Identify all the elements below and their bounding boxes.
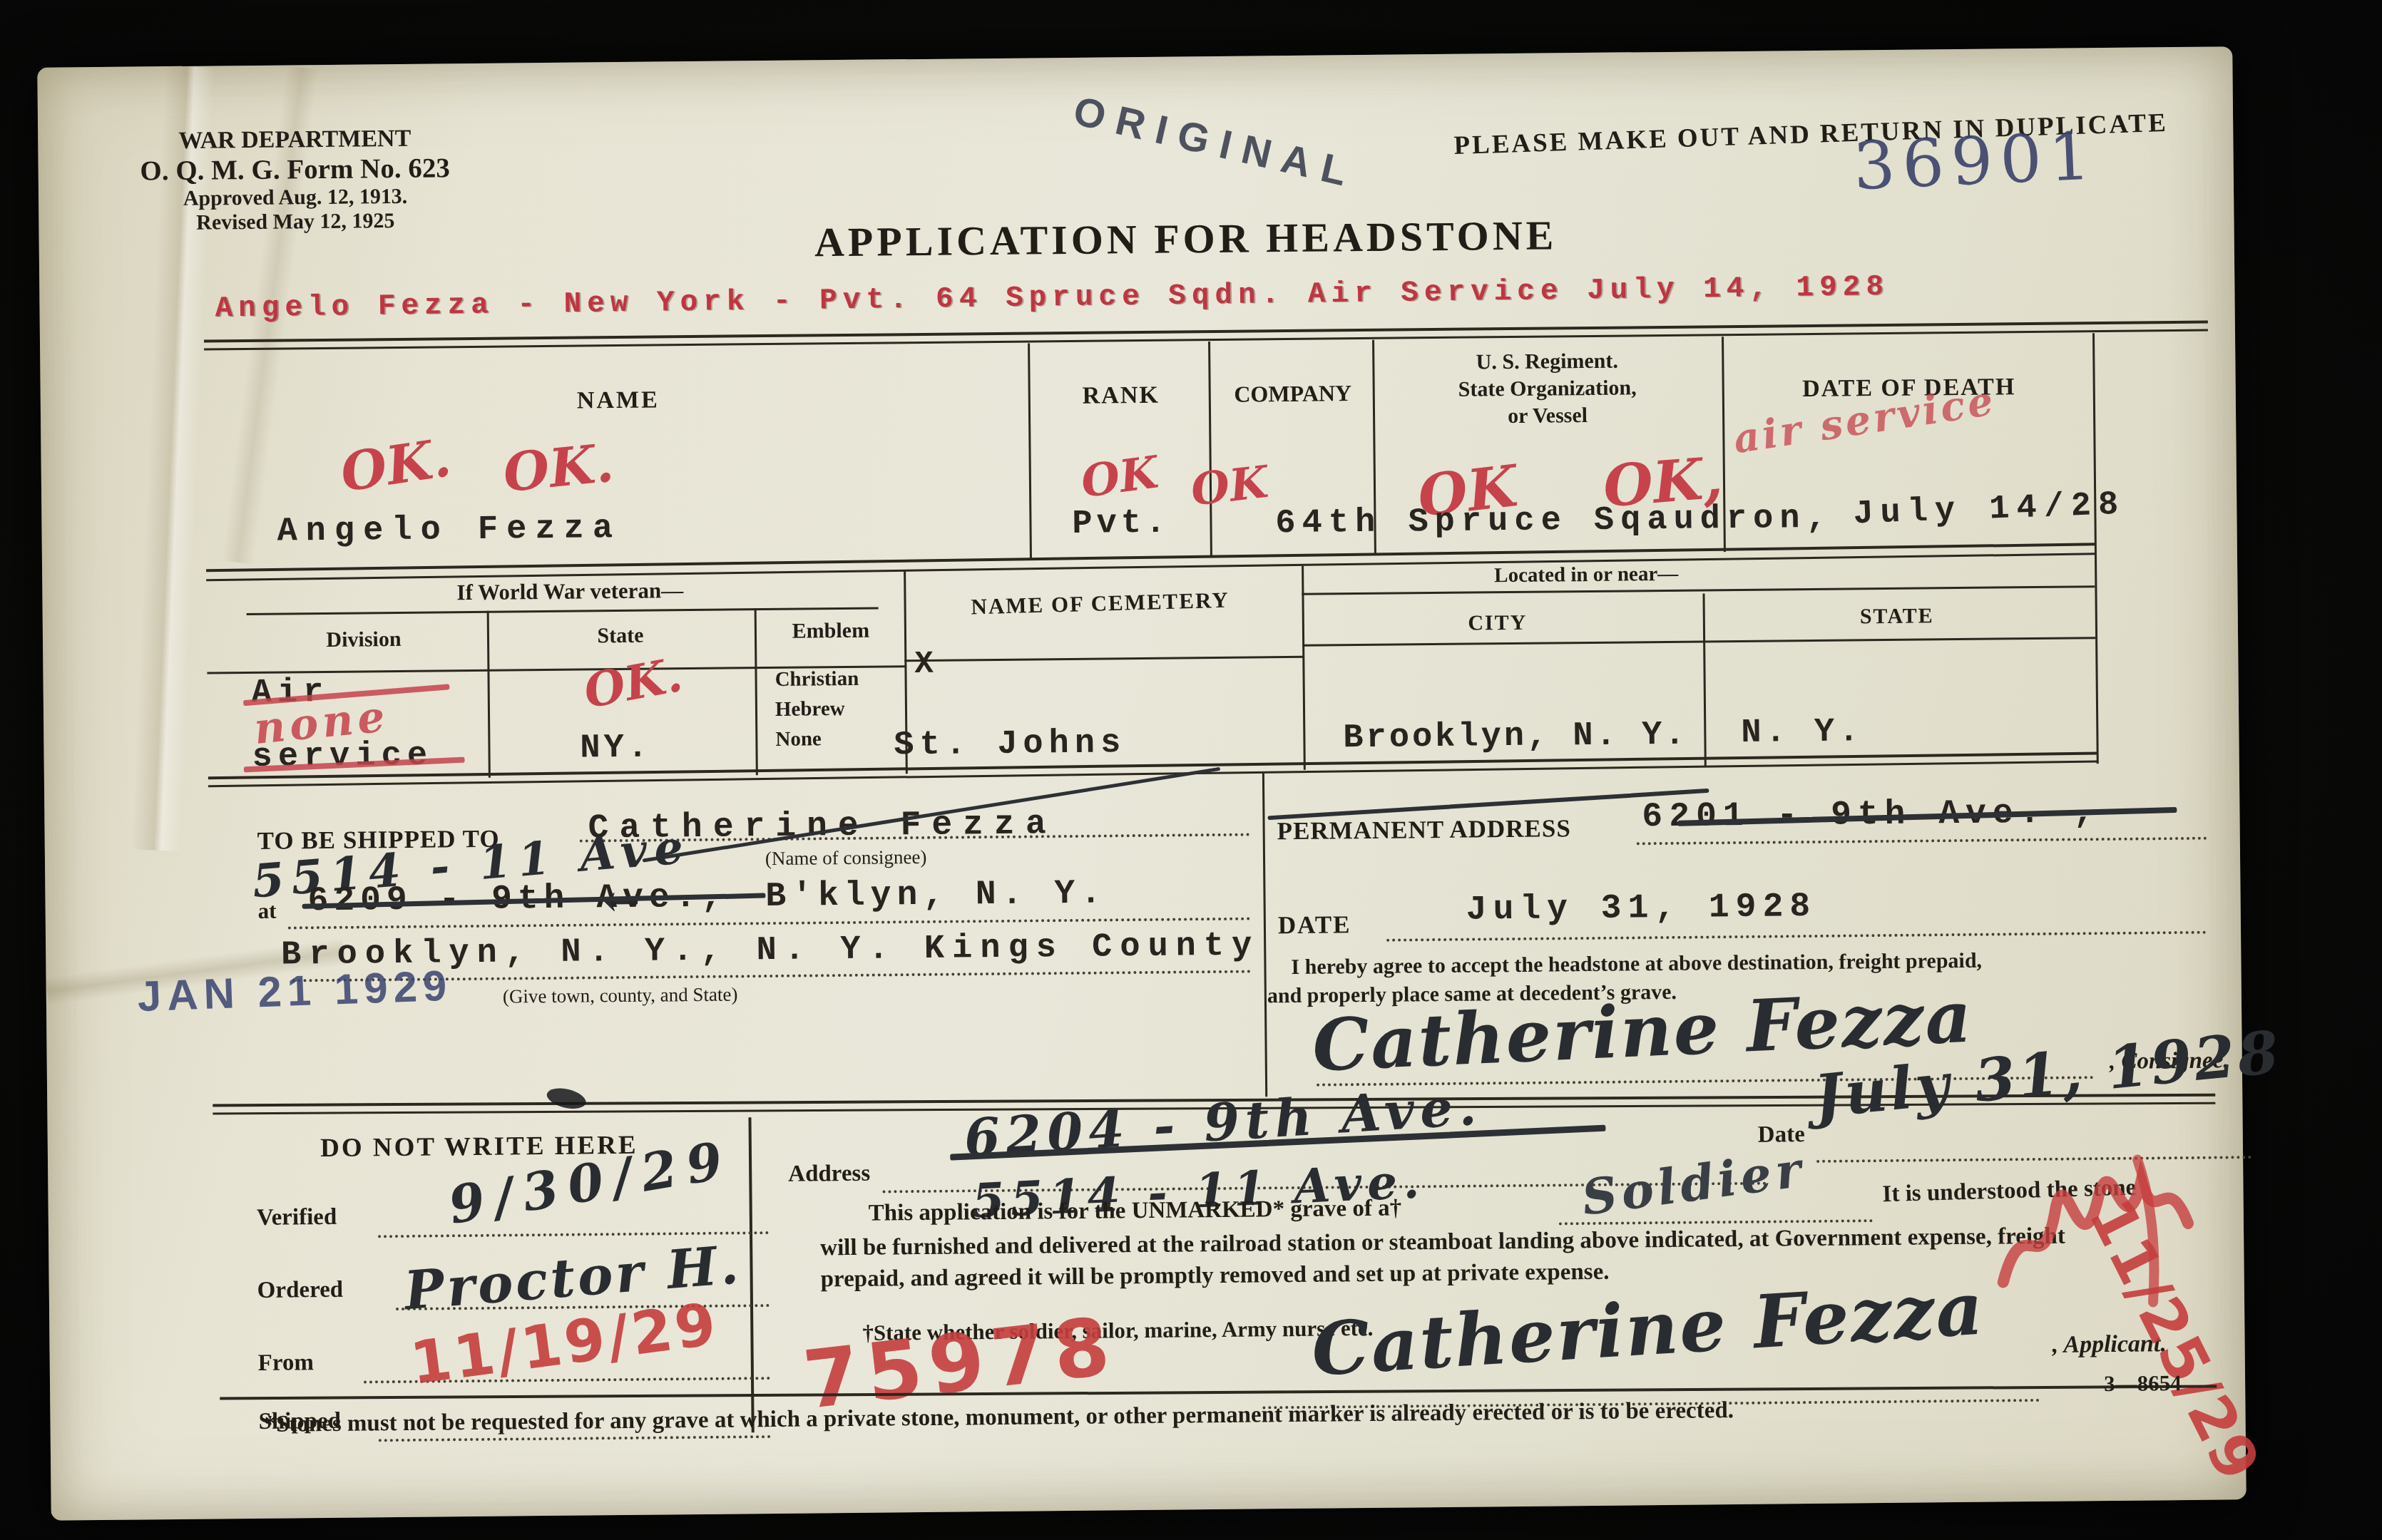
header-regiment-line2: State Organization, [1405,374,1690,404]
emblem-option-hebrew: Hebrew [775,697,845,722]
value-city: Brooklyn, N. Y. [1343,717,1688,758]
value-name: Angelo Fezza [277,510,621,551]
red-check-name-1: OK. [337,427,455,504]
header-state: State [513,623,727,650]
date-value: July 31, 1928 [1466,888,1816,930]
column-line [2092,333,2099,764]
value-state: NY. [580,729,651,768]
town-caption: (Give town, county, and State) [503,983,738,1007]
statement-line3: prepaid, and agreed it will be promptly … [820,1259,1609,1293]
red-check-company: OK [1188,456,1271,516]
value-date-of-death: July 14/28 [1853,486,2127,534]
section-divider [1262,771,1267,1097]
form-identification-block: WAR DEPARTMENT O. Q. M. G. Form No. 623 … [123,125,466,236]
header-state-located: STATE [1790,603,2004,630]
emblem-option-christian: Christian [775,667,859,692]
column-line [487,611,491,778]
typed-summary-line: Angelo Fezza - New York - Pvt. 64 Spruce… [215,271,1889,326]
form-approved-line: Approved Aug. 12, 1913. [124,184,466,212]
column-line [1028,343,1032,558]
statement-line2: will be furnished and delivered at the r… [820,1223,2065,1262]
form-title: APPLICATION FOR HEADSTONE [686,210,1685,267]
permanent-address-label: PERMANENT ADDRESS [1277,814,1570,846]
original-stamp: ORIGINAL [1069,87,1362,197]
from-label: From [258,1350,315,1377]
veteran-group-label: If World War veteran— [349,577,791,607]
emblem-mark-x: X [914,647,934,682]
verified-label: Verified [257,1204,337,1231]
serial-number-stamp: 36901 [1851,118,2099,205]
footer-form-code: 3—8654 [2104,1370,2182,1397]
agreement-line1: I hereby agree to accept the headstone a… [1291,949,1982,980]
header-regiment: U. S. Regiment. State Organization, or V… [1404,347,1690,431]
header-division: Division [257,627,471,653]
dotted-line [1386,931,2207,942]
value-state-located: N. Y. [1741,713,1864,752]
header-regiment-line3: or Vessel [1405,401,1690,431]
red-check-name-2: OK. [501,433,616,505]
form-agency-line: WAR DEPARTMENT [123,125,466,155]
ordered-label: Ordered [257,1277,344,1304]
header-regiment-line1: U. S. Regiment. [1404,347,1690,377]
rule [247,607,879,616]
statement-start: This application is for the UNMARKED* gr… [869,1196,1402,1227]
header-rank: RANK [1036,381,1207,410]
value-rank: Pvt. [1072,505,1170,543]
header-located: Located in or near— [1419,562,1754,589]
at-label: at [257,898,276,924]
rule [1302,637,2095,647]
address-label: Address [788,1161,870,1188]
header-cemetery: NAME OF CEMETERY [939,586,1261,620]
header-city: CITY [1391,610,1605,637]
box-line [748,1117,754,1432]
emblem-option-none: None [775,727,822,751]
header-emblem: Emblem [727,618,934,645]
column-line [1302,566,1306,770]
ship-address-city: B'klyn, N. Y. [765,874,1107,916]
form-number-line: O. Q. M. G. Form No. 623 [123,152,466,188]
rule [220,1385,2217,1400]
ink-blot [545,1085,588,1112]
dotted-line [1637,837,2207,846]
column-line [1208,342,1212,557]
value-company-regiment: 64th Spruce Sqaudron, [1275,500,1833,543]
header-company: COMPANY [1216,380,1370,408]
grave-of-value: Soldier [1579,1141,1809,1227]
consignee-caption: (Name of consignee) [765,846,927,870]
red-check-state: OK. [580,647,687,719]
value-cemetery: St. Johns [894,724,1126,764]
column-line [1702,593,1706,766]
date-label: DATE [1278,910,1351,940]
header-name: NAME [469,386,768,416]
scanned-form-paper: WAR DEPARTMENT O. Q. M. G. Form No. 623 … [37,46,2246,1520]
form-revised-line: Revised May 12, 1925 [124,208,466,236]
rule [904,656,1304,662]
red-check-rank: OK [1078,446,1162,508]
received-date-stamp: JAN 21 1929 [137,961,454,1022]
